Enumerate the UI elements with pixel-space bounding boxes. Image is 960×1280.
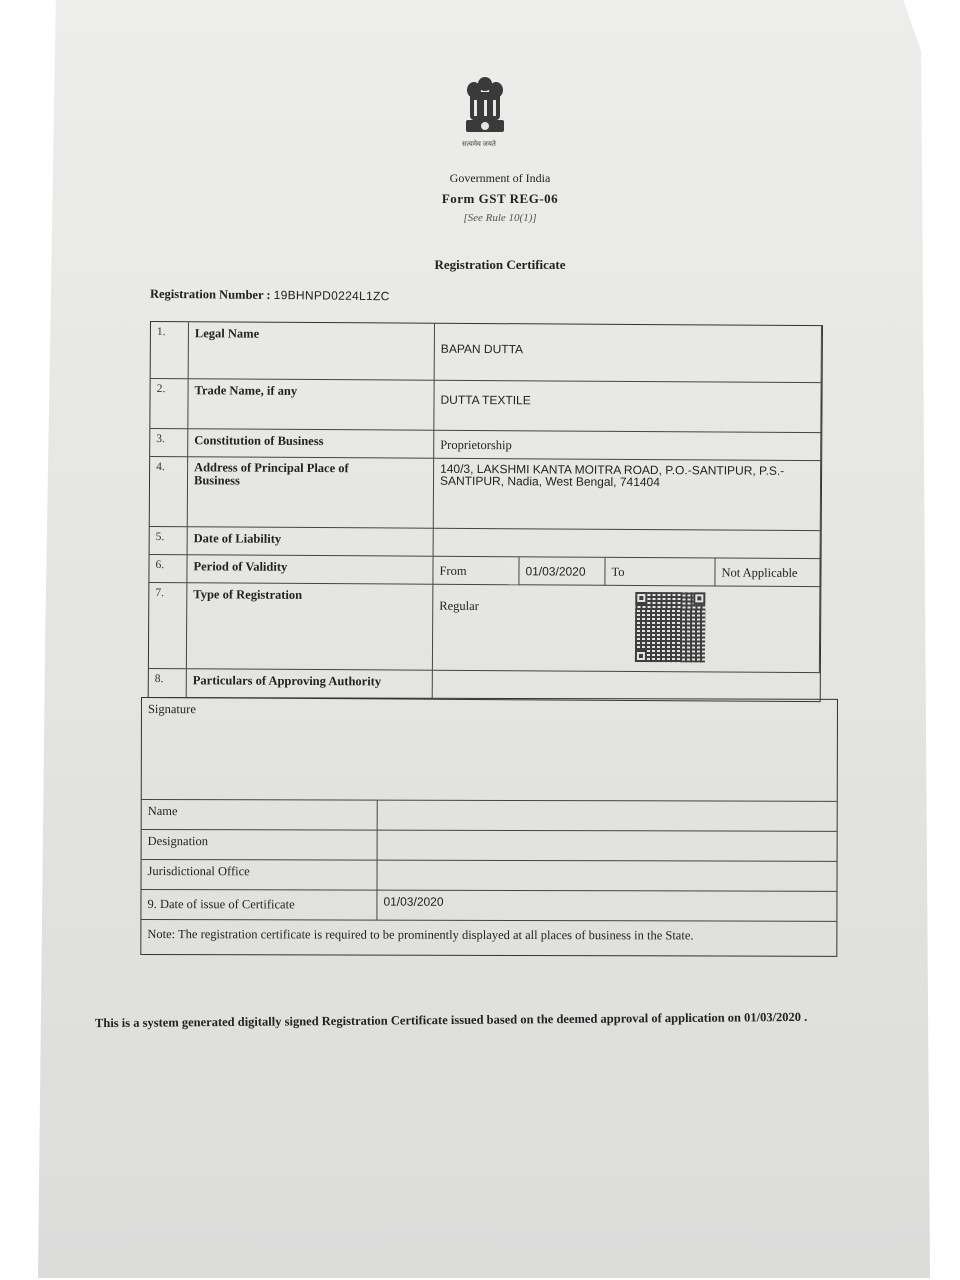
registration-number: Registration Number : 19BHNPD0224L1ZC [150,287,390,305]
designation-label: Designation [142,830,378,861]
qr-code-icon [635,592,705,662]
approving-authority-label: Particulars of Approving Authority [187,669,433,699]
row-3-number: 3. [150,429,188,457]
details-table: 1. Legal Name BAPAN DUTTA 2. Trade Name,… [148,321,823,702]
address-label: Address of Principal Place of Business [188,457,434,529]
registration-type-cell: Regular [433,585,821,673]
emblem-motto: सत्यमेव जयते [462,140,496,149]
signature-label: Signature [148,702,196,716]
name-label: Name [142,800,378,831]
approving-authority-value [433,671,820,701]
validity-from-label: From [433,557,519,586]
constitution-label: Constitution of Business [188,429,434,459]
validity-from-value: 01/03/2020 [519,557,605,586]
date-of-liability-value [434,529,821,559]
registration-number-label: Registration Number : [150,287,271,302]
designation-value [378,831,837,862]
page-title: Registration Certificate [20,257,960,273]
national-emblem-icon [460,70,510,140]
authority-table: Signature Name Designation Jurisdictiona… [140,697,838,957]
row-2-number: 2. [150,379,188,429]
row-4-number: 4. [150,457,188,527]
jurisdictional-office-value [377,861,836,892]
issue-date-label: 9. Date of issue of Certificate [141,890,377,921]
trade-name-label: Trade Name, if any [188,379,434,431]
validity-to-label: To [605,558,715,587]
government-heading: Government of India [20,171,960,186]
jurisdictional-office-label: Jurisdictional Office [141,860,377,891]
name-value [378,801,837,832]
registration-type-value: Regular [439,599,479,613]
registration-number-value: 19BHNPD0224L1ZC [274,288,390,303]
row-5-number: 5. [150,527,188,555]
address-value: 140/3, LAKSHMI KANTA MOITRA ROAD, P.O.-S… [434,459,821,531]
row-8-number: 8. [149,669,187,697]
row-7-number: 7. [149,583,188,669]
validity-to-value: Not Applicable [715,558,820,587]
row-1-number: 1. [151,322,189,379]
rule-reference: [See Rule 10(1)] [20,212,960,224]
date-of-liability-label: Date of Liability [188,527,434,557]
form-heading: Form GST REG-06 [20,191,960,207]
legal-name-label: Legal Name [189,322,435,381]
registration-type-label: Type of Registration [187,583,434,671]
legal-name-value: BAPAN DUTTA [435,324,822,383]
issue-date-value: 01/03/2020 [377,891,836,922]
signature-cell: Signature [142,698,837,802]
constitution-value: Proprietorship [434,431,821,461]
trade-name-value: DUTTA TEXTILE [434,381,821,433]
display-note: Note: The registration certificate is re… [141,920,836,956]
row-6-number: 6. [149,555,187,583]
validity-label: Period of Validity [187,555,433,585]
